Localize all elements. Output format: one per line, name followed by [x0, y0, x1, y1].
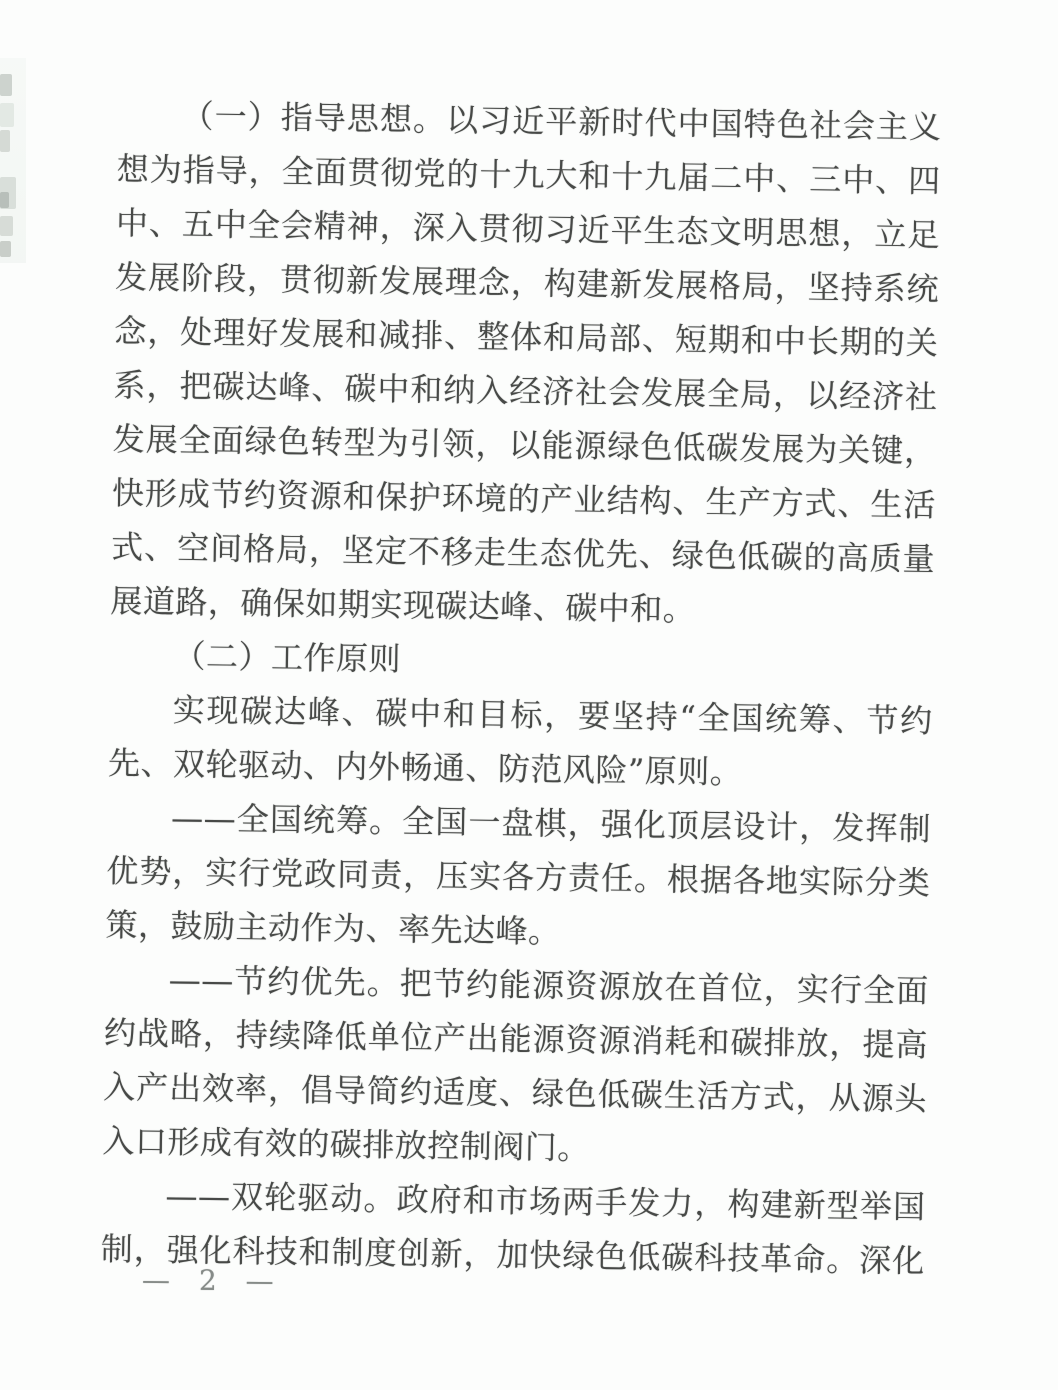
scan-artifact [0, 241, 11, 257]
scan-artifact [0, 130, 10, 152]
scan-artifact [0, 74, 12, 96]
scan-artifact [0, 216, 13, 236]
text-block: （一）指导思想。以习近平新时代中国特色社会主义思 想为指导，全面贯彻党的十九大和… [100, 88, 942, 1288]
scan-artifact [0, 103, 14, 127]
scan-artifact [0, 192, 9, 208]
document-page: （一）指导思想。以习近平新时代中国特色社会主义思 想为指导，全面贯彻党的十九大和… [0, 0, 1058, 1390]
page-number: — 2 — [142, 1263, 284, 1298]
